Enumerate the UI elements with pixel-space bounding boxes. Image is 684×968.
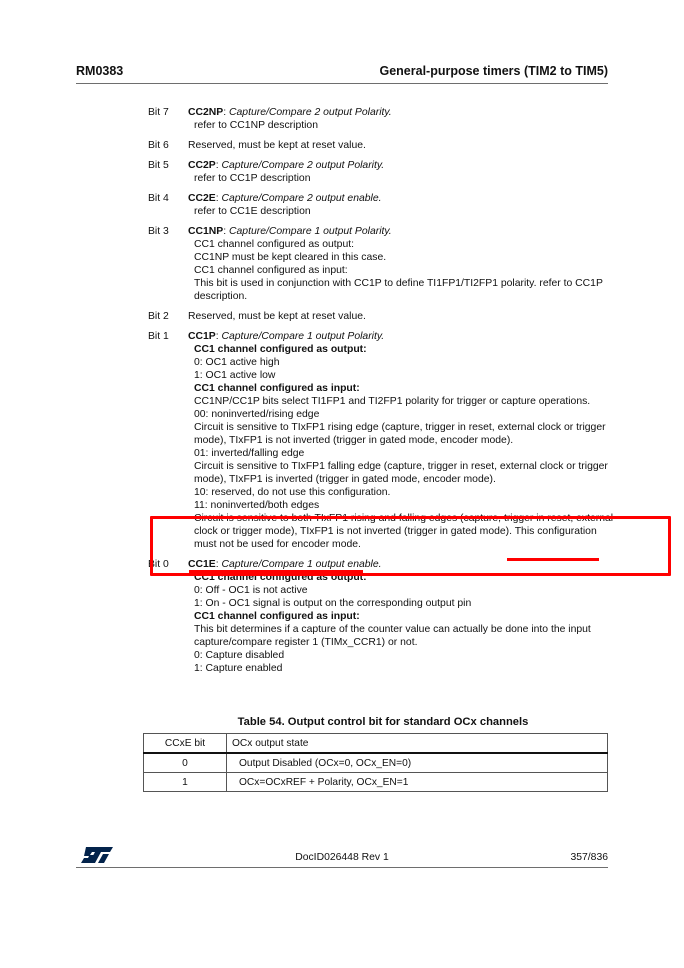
bit-field-name: CC2E [188,193,216,204]
bit-description-line: CC1 channel configured as output: [188,571,618,584]
red-underline [507,558,599,561]
bit-description-line: 00: noninverted/rising edge [188,408,618,421]
reserved-text: Reserved, must be kept at reset value. [188,139,618,152]
column-header: OCx output state [227,734,608,754]
bit-entry: Bit 1CC1P: Capture/Compare 1 output Pola… [148,330,618,551]
table-cell: OCx=OCxREF + Polarity, OCx_EN=1 [227,773,608,792]
bit-field-name: CC1E [188,559,216,570]
bit-field-desc: Capture/Compare 2 output enable. [222,193,382,204]
bit-label: Bit 0 [148,558,169,571]
bit-entry: Bit 6Reserved, must be kept at reset val… [148,139,618,152]
bit-description-line: refer to CC1P description [188,172,618,185]
document-page: RM0383 General-purpose timers (TIM2 to T… [0,0,684,968]
bit-description-line: 1: OC1 active low [188,369,618,382]
bit-description-line: 0: Off - OC1 is not active [188,584,618,597]
section-title: General-purpose timers (TIM2 to TIM5) [379,64,608,78]
bit-label: Bit 1 [148,330,169,343]
bit-description-line: refer to CC1NP description [188,119,618,132]
bit-field-desc: Capture/Compare 1 output Polarity. [222,331,385,342]
bit-field-name: CC1NP [188,226,223,237]
bit-entry: Bit 0CC1E: Capture/Compare 1 output enab… [148,558,618,675]
bit-entry: Bit 5CC2P: Capture/Compare 2 output Pola… [148,159,618,185]
bit-description-line: CC1 channel configured as input: [188,264,618,277]
bit-entry: Bit 4CC2E: Capture/Compare 2 output enab… [148,192,618,218]
table-header-row: CCxE bit OCx output state [144,734,608,754]
bit-description-line: CC1NP must be kept cleared in this case. [188,251,618,264]
bit-description-line: 11: noninverted/both edges [188,499,618,512]
bit-description-line: Circuit is sensitive to TIxFP1 rising ed… [188,421,618,447]
column-header: CCxE bit [144,734,227,754]
bit-description-line: CC1 channel configured as output: [188,343,618,356]
bit-field-desc: Capture/Compare 2 output Polarity. [222,160,385,171]
bit-description-line: 0: OC1 active high [188,356,618,369]
page-number: 357/836 [570,852,608,863]
page-header: RM0383 General-purpose timers (TIM2 to T… [76,61,608,84]
bit-description-line: 0: Capture disabled [188,649,618,662]
bit-title: CC2NP: Capture/Compare 2 output Polarity… [188,106,618,119]
bit-field-name: CC2P [188,160,216,171]
bit-field-name: CC1P [188,331,216,342]
register-bit-descriptions: Bit 7CC2NP: Capture/Compare 2 output Pol… [148,106,618,682]
table-cell: Output Disabled (OCx=0, OCx_EN=0) [227,753,608,773]
bit-description-line: CC1NP/CC1P bits select TI1FP1 and TI2FP1… [188,395,618,408]
page-footer: DocID026448 Rev 1 357/836 [76,845,608,868]
table-caption: Table 54. Output control bit for standar… [148,716,618,728]
bit-description-line: CC1 channel configured as output: [188,238,618,251]
bit-entry: Bit 7CC2NP: Capture/Compare 2 output Pol… [148,106,618,132]
bit-label: Bit 3 [148,225,169,238]
bit-description-line: refer to CC1E description [188,205,618,218]
bit-label: Bit 6 [148,139,169,152]
bit-description-line: 1: On - OC1 signal is output on the corr… [188,597,618,610]
bit-title: CC1NP: Capture/Compare 1 output Polarity… [188,225,618,238]
bit-label: Bit 4 [148,192,169,205]
bit-description-line: 1: Capture enabled [188,662,618,675]
red-underline [189,570,363,573]
table-row: 0 Output Disabled (OCx=0, OCx_EN=0) [144,753,608,773]
table-cell: 1 [144,773,227,792]
bit-title: CC1P: Capture/Compare 1 output Polarity. [188,330,618,343]
bit-label: Bit 5 [148,159,169,172]
reserved-text: Reserved, must be kept at reset value. [188,310,618,323]
bit-entry: Bit 3CC1NP: Capture/Compare 1 output Pol… [148,225,618,303]
bit-description-line: Circuit is sensitive to both TIxFP1 risi… [188,512,618,551]
bit-description-line: 01: inverted/falling edge [188,447,618,460]
bit-field-desc: Capture/Compare 2 output Polarity. [229,107,392,118]
doc-code: RM0383 [76,64,123,78]
bit-description-line: Circuit is sensitive to TIxFP1 falling e… [188,460,618,486]
bit-entry: Bit 2Reserved, must be kept at reset val… [148,310,618,323]
bit-description-line: This bit determines if a capture of the … [188,623,618,649]
bit-title: CC2E: Capture/Compare 2 output enable. [188,192,618,205]
bit-field-desc: Capture/Compare 1 output Polarity. [229,226,392,237]
bit-title: CC2P: Capture/Compare 2 output Polarity. [188,159,618,172]
table-row: 1 OCx=OCxREF + Polarity, OCx_EN=1 [144,773,608,792]
table-cell: 0 [144,753,227,773]
bit-field-desc: Capture/Compare 1 output enable. [222,559,382,570]
bit-field-name: CC2NP [188,107,223,118]
bit-label: Bit 2 [148,310,169,323]
bit-description-line: CC1 channel configured as input: [188,610,618,623]
bit-description-line: 10: reserved, do not use this configurat… [188,486,618,499]
bit-description-line: This bit is used in conjunction with CC1… [188,277,618,303]
doc-id: DocID026448 Rev 1 [76,852,608,863]
output-control-table: CCxE bit OCx output state 0 Output Disab… [143,733,608,792]
bit-description-line: CC1 channel configured as input: [188,382,618,395]
bit-label: Bit 7 [148,106,169,119]
